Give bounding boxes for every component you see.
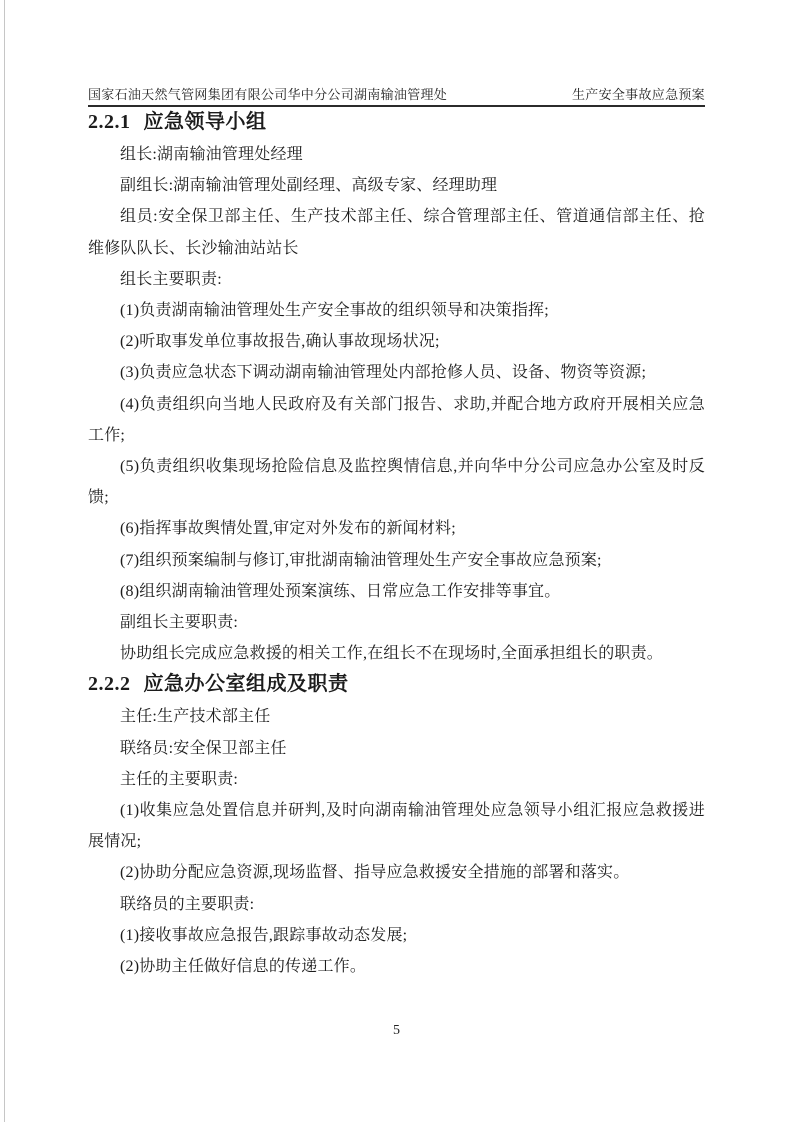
paragraph: 协助组长完成应急救援的相关工作,在组长不在现场时,全面承担组长的职责。: [88, 638, 705, 669]
section-emergency-leading-group: 2.2.1应急领导小组 组长:湖南输油管理处经理 副组长:湖南输油管理处副经理、…: [88, 108, 705, 669]
list-item-paragraph: (2)协助主任做好信息的传递工作。: [88, 951, 705, 982]
section-number: 2.2.2: [88, 670, 131, 698]
section-number: 2.2.1: [88, 108, 131, 136]
paragraph: 主任:生产技术部主任: [88, 701, 705, 732]
list-item-paragraph: (6)指挥事故舆情处置,审定对外发布的新闻材料;: [88, 513, 705, 544]
header-left-text: 国家石油天然气管网集团有限公司华中分公司湖南输油管理处: [88, 87, 447, 103]
list-item-paragraph: (1)收集应急处置信息并研判,及时向湖南输油管理处应急领导小组汇报应急救援进展情…: [88, 795, 705, 857]
section-title: 应急领导小组: [144, 111, 267, 133]
paragraph: 副组长:湖南输油管理处副经理、高级专家、经理助理: [88, 170, 705, 201]
list-item-paragraph: (1)接收事故应急报告,跟踪事故动态发展;: [88, 920, 705, 951]
paragraph: 联络员的主要职责:: [88, 889, 705, 920]
page-left-edge: [4, 0, 5, 1122]
paragraph: 主任的主要职责:: [88, 764, 705, 795]
paragraph: 组长主要职责:: [88, 264, 705, 295]
section-title: 应急办公室组成及职责: [144, 673, 349, 695]
list-item-paragraph: (2)协助分配应急资源,现场监督、指导应急救援安全措施的部署和落实。: [88, 857, 705, 888]
list-item-paragraph: (8)组织湖南输油管理处预案演练、日常应急工作安排等事宜。: [88, 576, 705, 607]
page-footer: 5: [0, 1023, 793, 1039]
section-emergency-office: 2.2.2应急办公室组成及职责 主任:生产技术部主任 联络员:安全保卫部主任 主…: [88, 670, 705, 982]
section-heading: 2.2.2应急办公室组成及职责: [88, 670, 705, 698]
paragraph: 组长:湖南输油管理处经理: [88, 139, 705, 170]
list-item-paragraph: (4)负责组织向当地人民政府及有关部门报告、求助,并配合地方政府开展相关应急工作…: [88, 389, 705, 451]
list-item-paragraph: (7)组织预案编制与修订,审批湖南输油管理处生产安全事故应急预案;: [88, 545, 705, 576]
list-item-paragraph: (3)负责应急状态下调动湖南输油管理处内部抢修人员、设备、物资等资源;: [88, 357, 705, 388]
paragraph: 副组长主要职责:: [88, 607, 705, 638]
list-item-paragraph: (1)负责湖南输油管理处生产安全事故的组织领导和决策指挥;: [88, 295, 705, 326]
paragraph: 联络员:安全保卫部主任: [88, 733, 705, 764]
document-page: 国家石油天然气管网集团有限公司华中分公司湖南输油管理处 生产安全事故应急预案 2…: [0, 0, 793, 1122]
page-number: 5: [393, 1023, 400, 1038]
section-heading: 2.2.1应急领导小组: [88, 108, 705, 136]
list-item-paragraph: (5)负责组织收集现场抢险信息及监控舆情信息,并向华中分公司应急办公室及时反馈;: [88, 451, 705, 513]
list-item-paragraph: (2)听取事发单位事故报告,确认事故现场状况;: [88, 326, 705, 357]
page-header: 国家石油天然气管网集团有限公司华中分公司湖南输油管理处 生产安全事故应急预案: [88, 87, 705, 107]
header-right-text: 生产安全事故应急预案: [572, 87, 705, 103]
paragraph: 组员:安全保卫部主任、生产技术部主任、综合管理部主任、管道通信部主任、抢维修队队…: [88, 201, 705, 263]
